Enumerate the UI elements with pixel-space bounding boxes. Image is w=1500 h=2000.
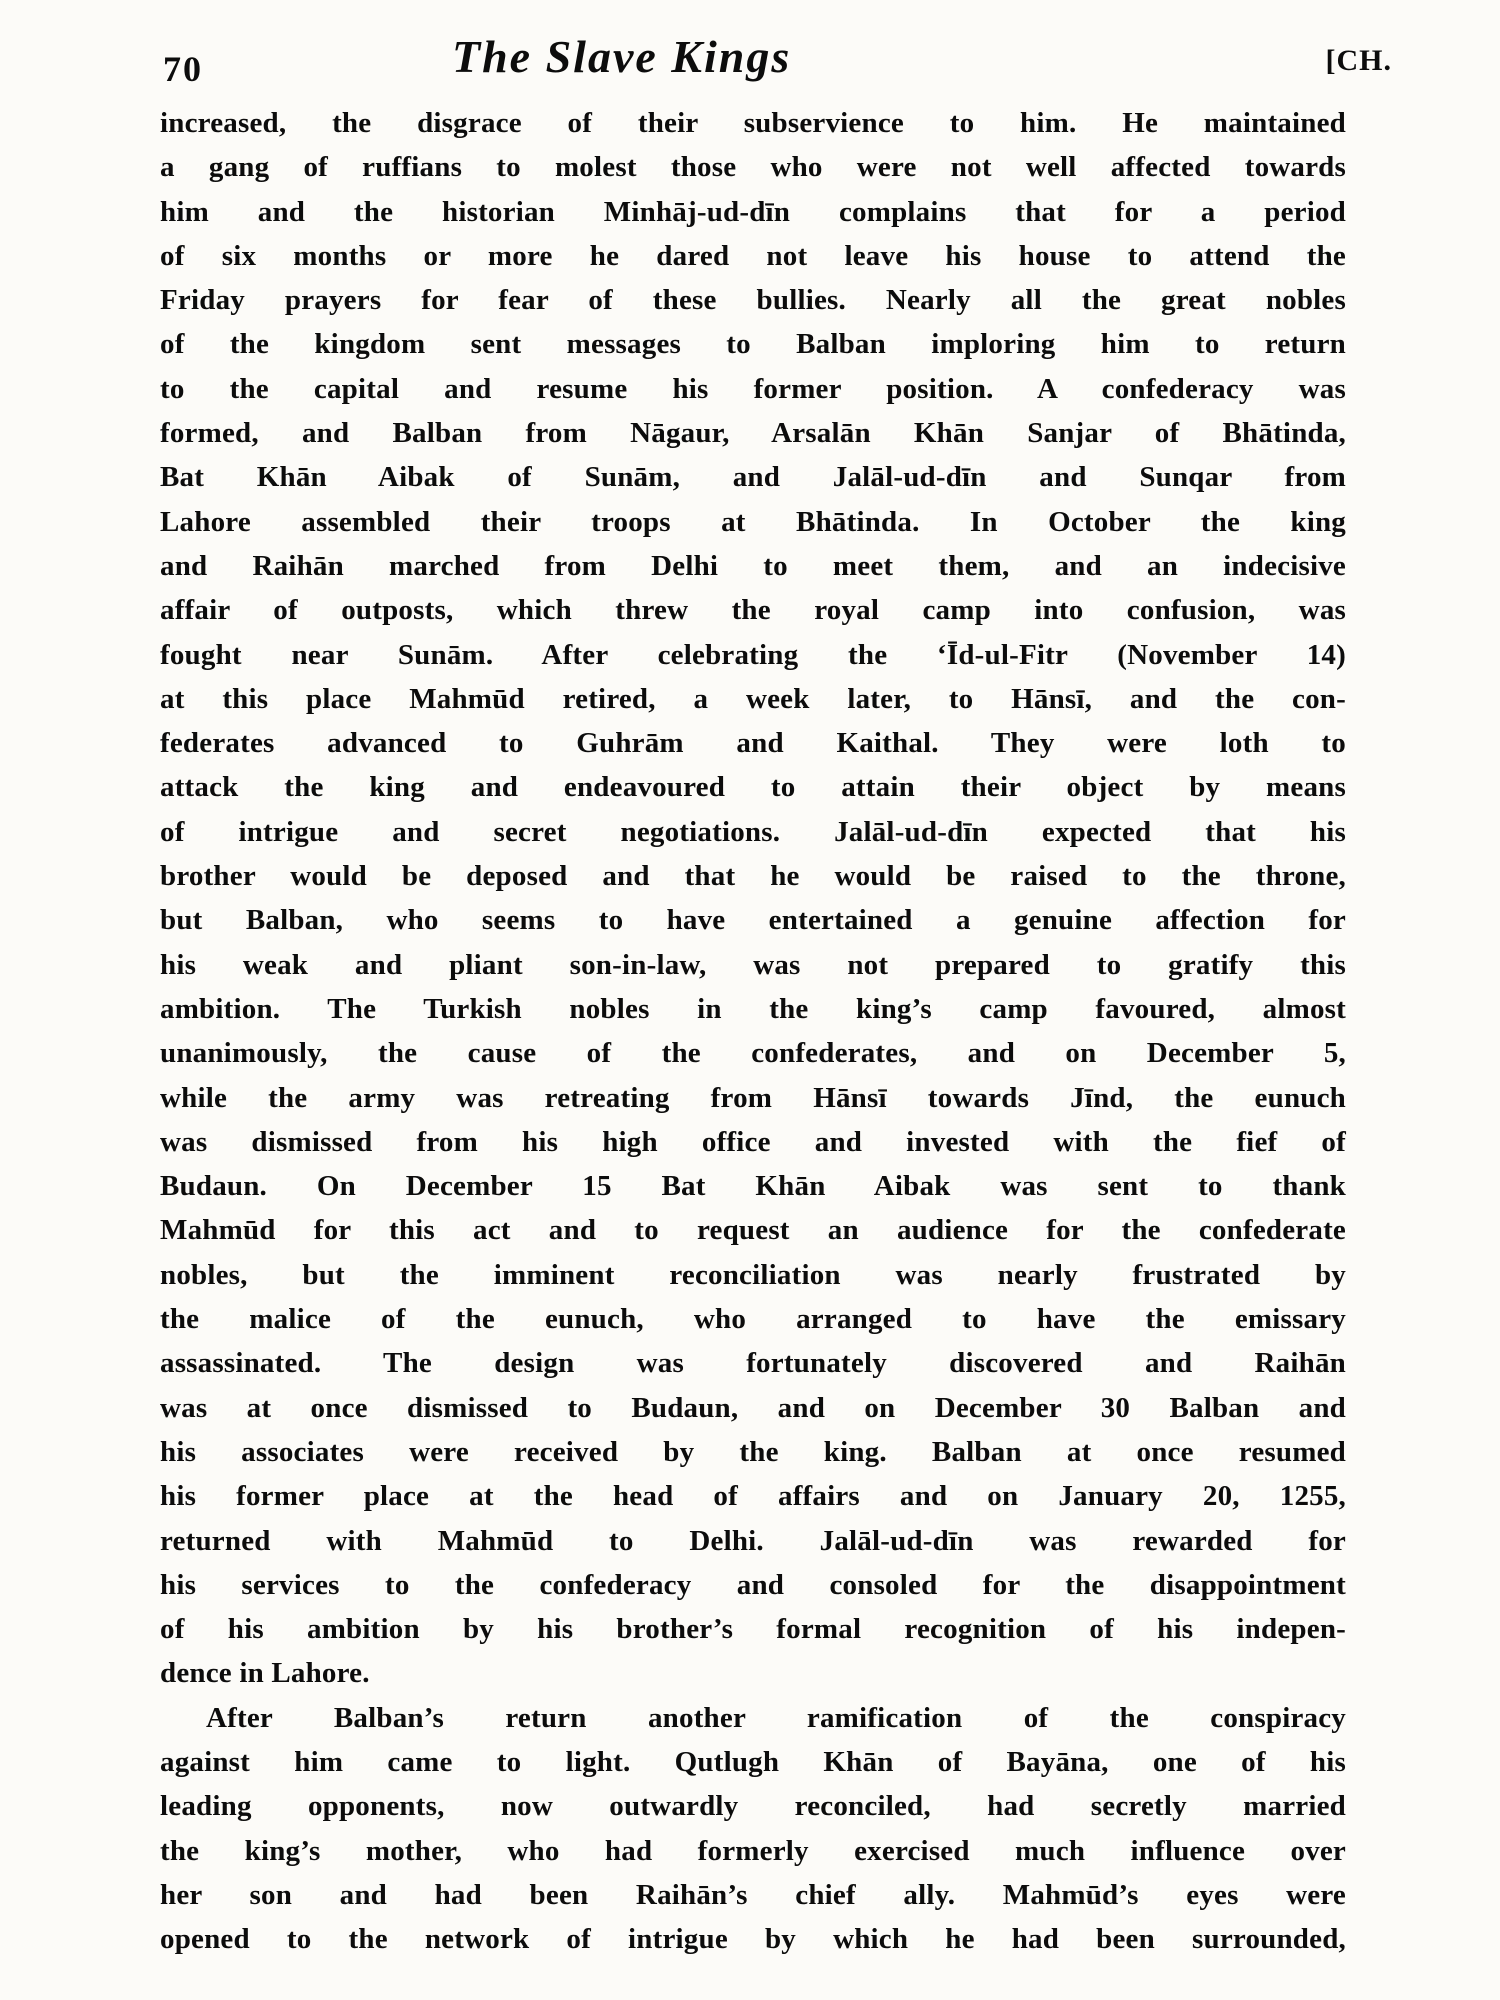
text-line: dence in Lahore. bbox=[160, 1651, 1346, 1695]
text-line: his weak and pliant son-in-law, was not … bbox=[160, 943, 1346, 987]
text-line: Bat Khān Aibak of Sunām, and Jalāl-ud-dī… bbox=[160, 455, 1346, 499]
text-line: nobles, but the imminent reconciliation … bbox=[160, 1253, 1346, 1297]
page-header: 70 The Slave Kings [CH. bbox=[0, 0, 1500, 110]
chapter-marker: [CH. bbox=[1326, 44, 1393, 78]
text-line: opened to the network of intrigue by whi… bbox=[160, 1917, 1346, 1961]
text-line: the malice of the eunuch, who arranged t… bbox=[160, 1297, 1346, 1341]
text-line: at this place Mahmūd retired, a week lat… bbox=[160, 677, 1346, 721]
text-line: his services to the confederacy and cons… bbox=[160, 1563, 1346, 1607]
text-line: attack the king and endeavoured to attai… bbox=[160, 765, 1346, 809]
text-line: her son and had been Raihān’s chief ally… bbox=[160, 1873, 1346, 1917]
paragraph: increased, the disgrace of their subserv… bbox=[160, 101, 1346, 1696]
text-line: a gang of ruffians to molest those who w… bbox=[160, 145, 1346, 189]
text-line: unanimously, the cause of the confederat… bbox=[160, 1031, 1346, 1075]
text-block: increased, the disgrace of their subserv… bbox=[160, 101, 1346, 1961]
text-line: leading opponents, now outwardly reconci… bbox=[160, 1784, 1346, 1828]
text-line: affair of outposts, which threw the roya… bbox=[160, 588, 1346, 632]
text-line: of his ambition by his brother’s formal … bbox=[160, 1607, 1346, 1651]
text-line: of the kingdom sent messages to Balban i… bbox=[160, 322, 1346, 366]
text-line: but Balban, who seems to have entertaine… bbox=[160, 898, 1346, 942]
text-line: was at once dismissed to Budaun, and on … bbox=[160, 1386, 1346, 1430]
paragraph: After Balban’s return another ramificati… bbox=[160, 1696, 1346, 1962]
page-number: 70 bbox=[163, 48, 203, 90]
text-line: returned with Mahmūd to Delhi. Jalāl-ud-… bbox=[160, 1519, 1346, 1563]
running-title: The Slave Kings bbox=[452, 30, 791, 83]
text-line: Lahore assembled their troops at Bhātind… bbox=[160, 500, 1346, 544]
text-line: the king’s mother, who had formerly exer… bbox=[160, 1829, 1346, 1873]
text-line: brother would be deposed and that he wou… bbox=[160, 854, 1346, 898]
text-line: against him came to light. Qutlugh Khān … bbox=[160, 1740, 1346, 1784]
text-line: federates advanced to Guhrām and Kaithal… bbox=[160, 721, 1346, 765]
text-line: to the capital and resume his former pos… bbox=[160, 367, 1346, 411]
text-line: of intrigue and secret negotiations. Jal… bbox=[160, 810, 1346, 854]
text-line: his associates were received by the king… bbox=[160, 1430, 1346, 1474]
text-line: his former place at the head of affairs … bbox=[160, 1474, 1346, 1518]
text-line: formed, and Balban from Nāgaur, Arsalān … bbox=[160, 411, 1346, 455]
text-line: while the army was retreating from Hānsī… bbox=[160, 1076, 1346, 1120]
text-line: fought near Sunām. After celebrating the… bbox=[160, 633, 1346, 677]
text-line: was dismissed from his high office and i… bbox=[160, 1120, 1346, 1164]
text-line: him and the historian Minhāj-ud-dīn comp… bbox=[160, 190, 1346, 234]
text-line: and Raihān marched from Delhi to meet th… bbox=[160, 544, 1346, 588]
text-line: ambition. The Turkish nobles in the king… bbox=[160, 987, 1346, 1031]
text-line: Mahmūd for this act and to request an au… bbox=[160, 1208, 1346, 1252]
text-line: Budaun. On December 15 Bat Khān Aibak wa… bbox=[160, 1164, 1346, 1208]
text-line: increased, the disgrace of their subserv… bbox=[160, 101, 1346, 145]
book-page: 70 The Slave Kings [CH. increased, the d… bbox=[0, 0, 1500, 2000]
text-line: assassinated. The design was fortunately… bbox=[160, 1341, 1346, 1385]
text-line: of six months or more he dared not leave… bbox=[160, 234, 1346, 278]
text-line: Friday prayers for fear of these bullies… bbox=[160, 278, 1346, 322]
text-line: After Balban’s return another ramificati… bbox=[160, 1696, 1346, 1740]
